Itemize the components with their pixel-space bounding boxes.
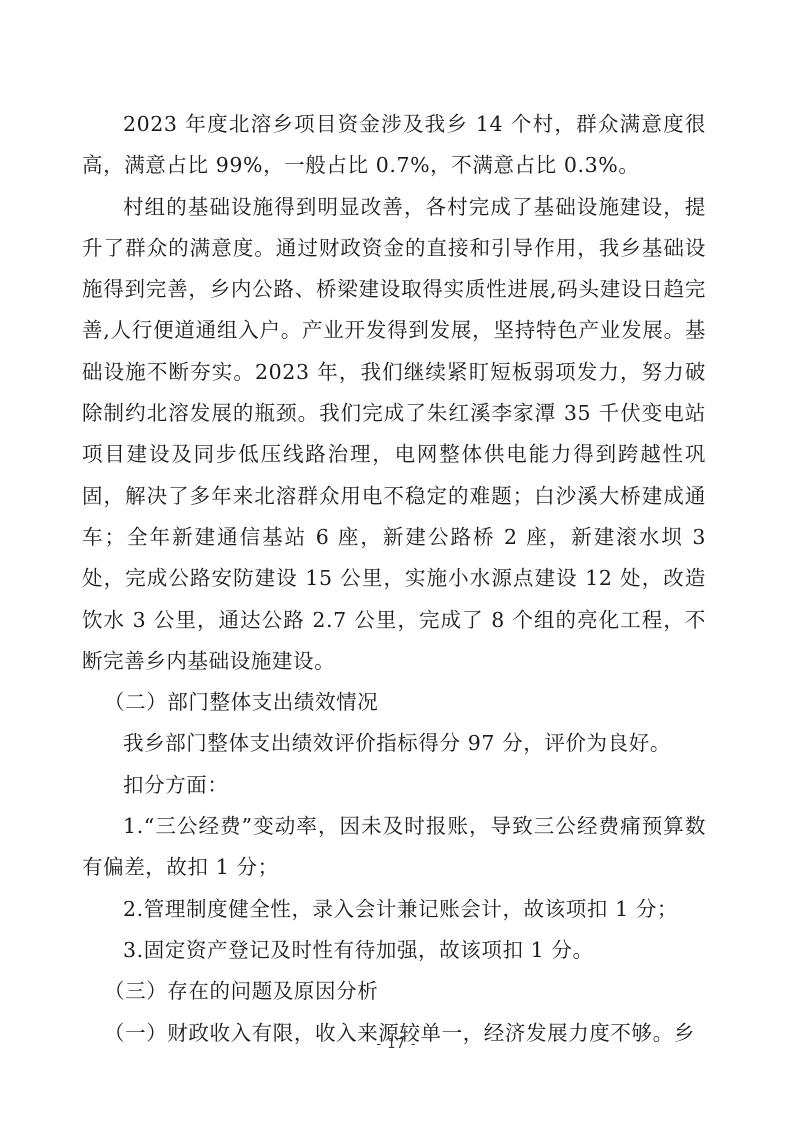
page-number: - 17 -	[0, 1037, 793, 1052]
paragraph-infrastructure: 村组的基础设施得到明显改善，各村完成了基础设施建设，提升了群众的满意度。通过财政…	[82, 187, 706, 683]
section-heading-department-performance: （二）部门整体支出绩效情况	[82, 682, 706, 723]
paragraph-performance-score: 我乡部门整体支出绩效评价指标得分 97 分，评价为良好。	[82, 723, 706, 764]
deduction-item-1: 1.“三公经费”变动率，因未及时报账，导致三公经费痛预算数有偏差，故扣 1 分；	[82, 806, 706, 889]
document-page: 2023 年度北溶乡项目资金涉及我乡 14 个村，群众满意度很高，满意占比 99…	[0, 0, 793, 1122]
document-body: 2023 年度北溶乡项目资金涉及我乡 14 个村，群众满意度很高，满意占比 99…	[82, 104, 706, 1054]
paragraph-satisfaction: 2023 年度北溶乡项目资金涉及我乡 14 个村，群众满意度很高，满意占比 99…	[82, 104, 706, 187]
section-heading-problems: （三）存在的问题及原因分析	[82, 971, 706, 1012]
deduction-item-2: 2.管理制度健全性，录入会计兼记账会计，故该项扣 1 分；	[82, 889, 706, 930]
deduction-item-3: 3.固定资产登记及时性有待加强，故该项扣 1 分。	[82, 930, 706, 971]
paragraph-deduction-label: 扣分方面：	[82, 765, 706, 806]
